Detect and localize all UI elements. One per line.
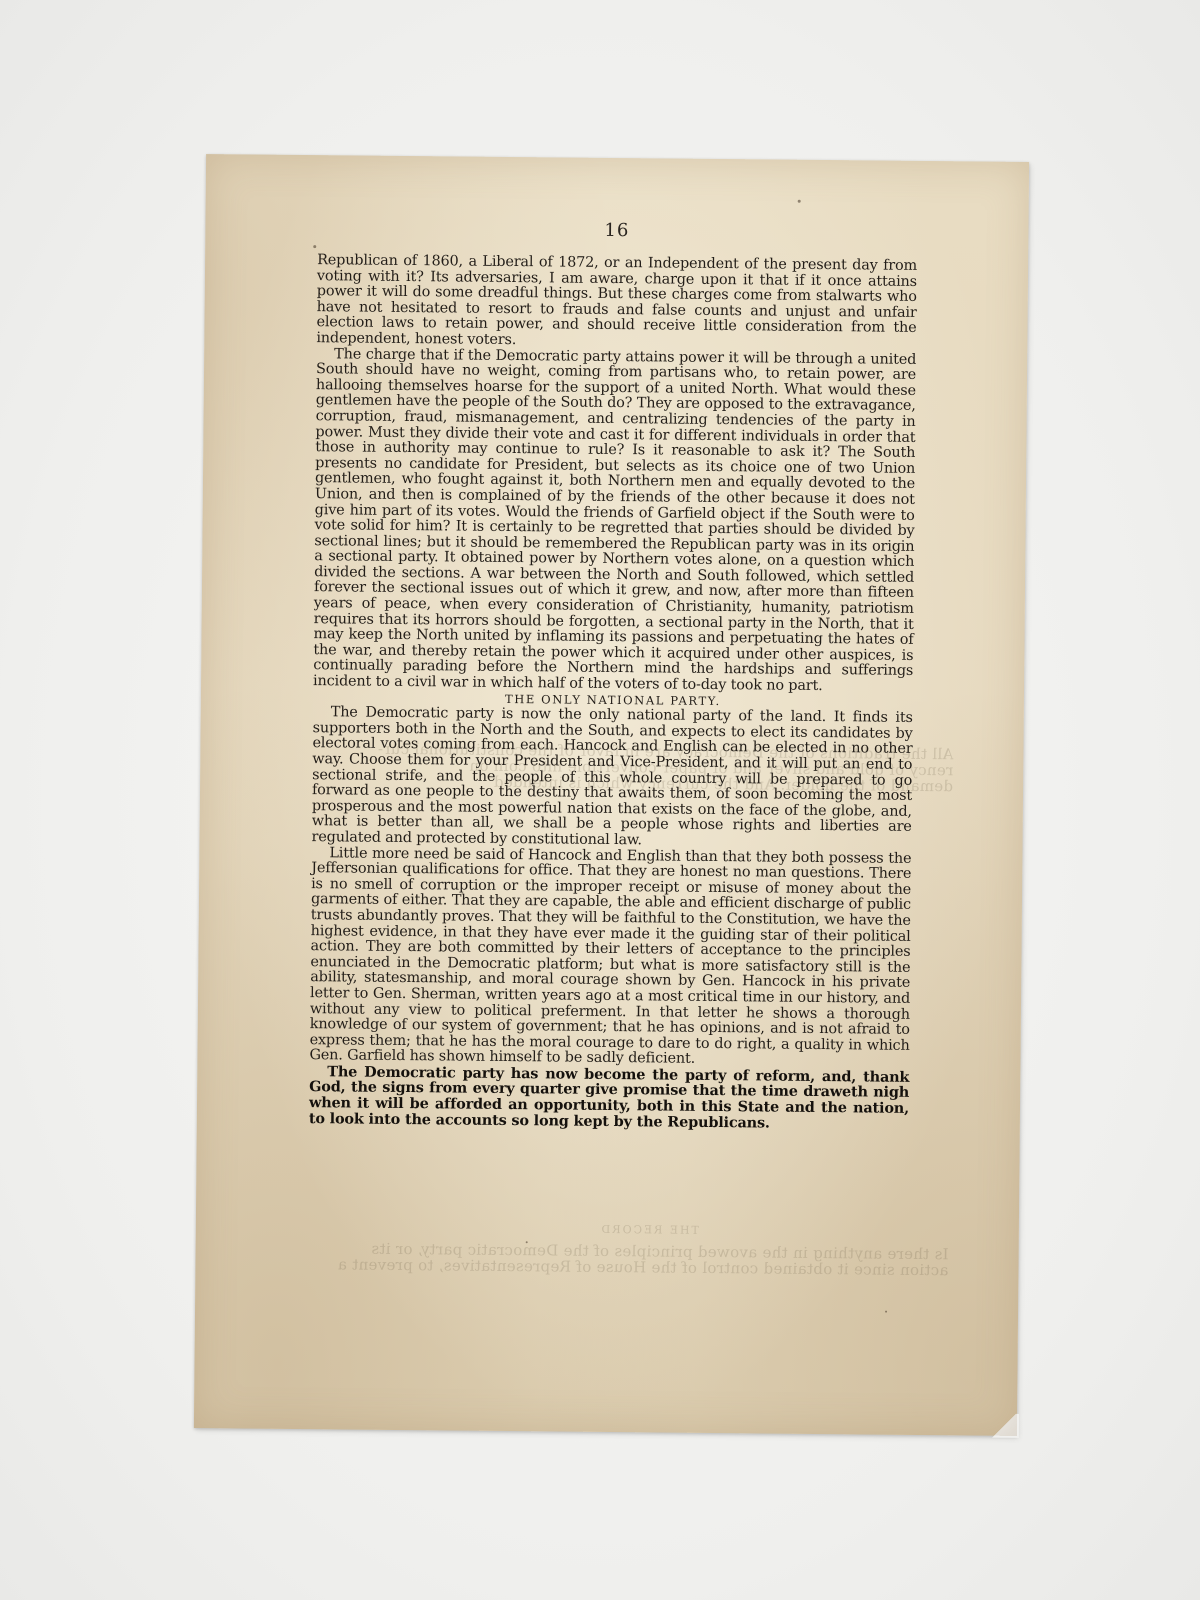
paragraph-hancock-english: Little more need be said of Hancock and … (309, 846, 911, 1070)
document-page: All the traditions of the Democracy are … (194, 154, 1029, 1436)
paper-speck (313, 245, 316, 248)
paper-speck (885, 1311, 887, 1313)
paper-speck (798, 200, 801, 203)
paragraph-national-party: The Democratic party is now the only nat… (311, 705, 912, 851)
paragraph-continuation: Republican of 1860, a Liberal of 1872, o… (316, 253, 917, 352)
body-text: Republican of 1860, a Liberal of 1872, o… (309, 253, 917, 1132)
paragraph-party-of-reform: The Democratic party has now become the … (309, 1064, 910, 1132)
torn-corner (989, 1414, 1019, 1438)
paper-speck (526, 1241, 528, 1243)
paragraph-united-south: The charge that if the Democratic party … (313, 347, 916, 696)
bleed-through-heading: THE RECORD (576, 1220, 699, 1240)
page-number: 16 (205, 216, 1028, 245)
